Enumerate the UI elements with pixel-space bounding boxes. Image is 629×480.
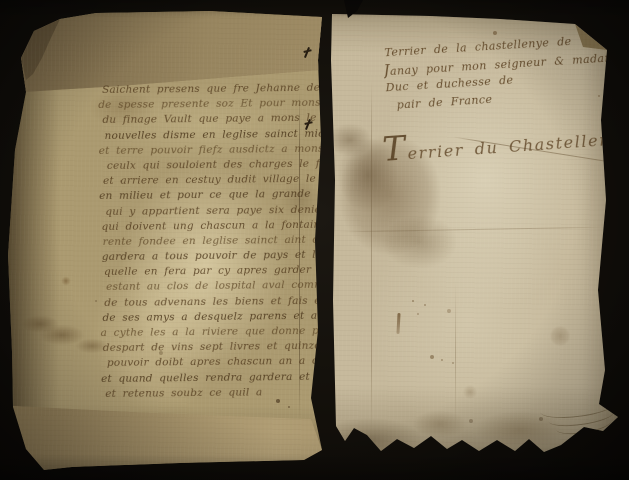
manuscript-text-line: a cythe les a la riviere que donne par m… xyxy=(101,324,324,342)
manuscript-text-line: qui y appartient sera paye six deniers xyxy=(105,202,328,220)
left-page-ink-specks xyxy=(0,0,2,2)
right-page-crease-vertical-2 xyxy=(455,280,456,430)
right-page-crease-vertical xyxy=(371,80,372,432)
manuscript-text-line: et terre pouvoir fiefz ausdictz a mons d… xyxy=(99,141,322,159)
right-page-ink-specks xyxy=(0,0,2,2)
manuscript-text-line: de tous advenans les biens et fais en to… xyxy=(104,293,327,311)
manuscript-text-line: rente fondee en leglise sainct aint de xyxy=(100,233,323,251)
left-page-text-block: Saichent presens que fre Jehanne de tous… xyxy=(100,81,326,409)
right-page-title-block: Terrier de la chastellenye deJanay pour … xyxy=(389,30,625,114)
manuscript-photo: Saichent presens que fre Jehanne de tous… xyxy=(0,0,629,480)
manuscript-text-line: et quand quelles rendra gardera et pour xyxy=(101,369,324,387)
manuscript-text-line: et retenus soubz ce quil apra donne xyxy=(105,385,261,402)
